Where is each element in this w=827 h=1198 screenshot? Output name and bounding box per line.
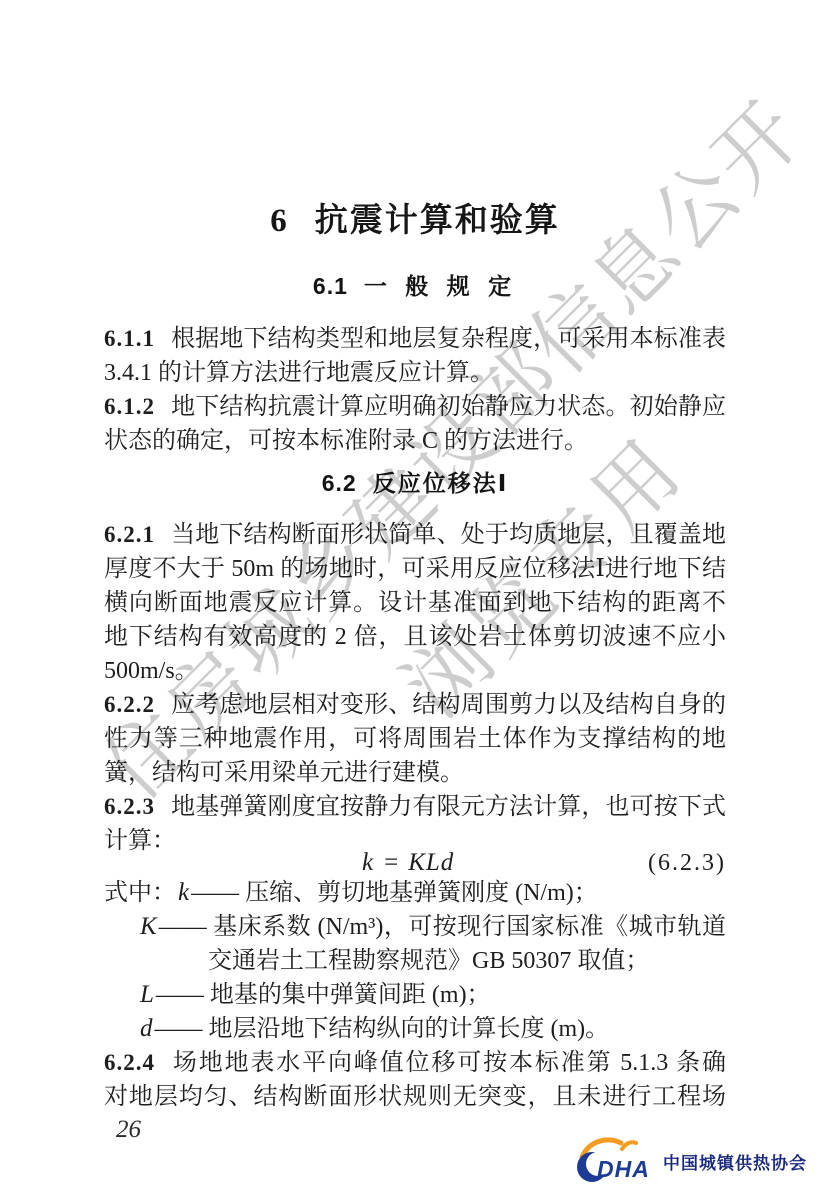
document-page: 住房城乡建设部信息公开 浏览专用 6抗震计算和验算 6.1一 般 规 定 6.1… (0, 0, 827, 1198)
definition-text: —— 基床系数 (N/m³)，可按现行国家标准《城市轨道 (159, 914, 726, 940)
clause-line: 性力等三种地震作用，可将周围岩土体作为支撑结构的地基弹 (104, 722, 726, 756)
clause-line: 6.1.1根据地下结构类型和地层复杂程度，可采用本标准表 (104, 322, 726, 356)
svg-text:DHA: DHA (597, 1156, 650, 1182)
page-number: 26 (116, 1116, 141, 1144)
clause-line: 500m/s。 (104, 654, 726, 688)
symbol-k: k (176, 879, 191, 906)
formula-rhs: KLd (408, 849, 454, 876)
formula-label: (6.2.3) (648, 846, 726, 880)
definition-d: d—— 地层沿地下结构纵向的计算长度 (m)。 (104, 1012, 726, 1046)
definition-text: 交通岩土工程勘察规范》GB 50307 取值； (208, 948, 649, 974)
symbol-definitions: 式中：k—— 压缩、剪切地基弹簧刚度 (N/m)； K—— 基床系数 (N/m³… (104, 876, 726, 1046)
section-number: 6.2 (322, 470, 357, 496)
equals-sign: = (374, 849, 408, 876)
clause-line: 6.2.3地基弹簧刚度宜按静力有限元方法计算，也可按下式 (104, 790, 726, 824)
definition-text: —— 地基的集中弹簧间距 (m)； (156, 982, 491, 1008)
where-label: 式中： (104, 880, 176, 906)
clause-line: 簧，结构可采用梁单元进行建模。 (104, 756, 726, 790)
chapter-number: 6 (270, 203, 289, 239)
symbol-L: L (138, 981, 156, 1008)
clause-text: 当地下结构断面形状简单、处于均质地层，且覆盖地层 (104, 522, 726, 552)
symbol-d: d (138, 1015, 155, 1042)
chapter-title: 抗震计算和验算 (315, 203, 560, 239)
association-logo: DHA 中国城镇供热协会 (575, 1136, 807, 1186)
symbol-K: K (138, 913, 159, 940)
clause-number: 6.1.2 (104, 394, 155, 419)
clause-number: 6.2.3 (104, 794, 155, 819)
section-heading-61: 6.1一 般 规 定 (104, 272, 726, 300)
section-title: 一 般 规 定 (364, 273, 517, 299)
definition-K-continued: 交通岩土工程勘察规范》GB 50307 取值； (104, 944, 726, 978)
section-title: 反应位移法Ⅰ (373, 470, 509, 496)
clause-line: 6.2.1当地下结构断面形状简单、处于均质地层，且覆盖地层 (104, 518, 726, 552)
clause-621: 6.2.1当地下结构断面形状简单、处于均质地层，且覆盖地层 厚度不大于 50m … (104, 518, 726, 688)
clause-line: 横向断面地震反应计算。设计基准面到地下结构的距离不应小于 (104, 586, 726, 620)
clause-text: 应考虑地层相对变形、结构周围剪力以及结构自身的惯 (104, 692, 726, 722)
clause-line: 状态的确定，可按本标准附录 C 的方法进行。 (104, 424, 726, 458)
clause-number: 6.1.1 (104, 326, 155, 351)
section-heading-62: 6.2反应位移法Ⅰ (104, 469, 726, 497)
clause-612: 6.1.2地下结构抗震计算应明确初始静应力状态。初始静应力 状态的确定，可按本标… (104, 390, 726, 458)
cdha-logo-icon: DHA (575, 1136, 659, 1186)
clause-number: 6.2.4 (104, 1050, 155, 1075)
clause-line: 6.2.4场地地表水平向峰值位移可按本标准第 5.1.3 条确定。 (104, 1046, 726, 1080)
page-content: 6抗震计算和验算 6.1一 般 规 定 6.1.1根据地下结构类型和地层复杂程度… (104, 0, 726, 1198)
clause-line: 地下结构有效高度的 2 倍，且该处岩土体剪切波速不应小于 (104, 620, 726, 654)
clause-text: 场地地表水平向峰值位移可按本标准第 5.1.3 条确定。 (104, 1050, 726, 1080)
clause-text: 地基弹簧刚度宜按静力有限元方法计算，也可按下式 (171, 794, 726, 820)
formula-lhs: k (362, 849, 374, 876)
section-number: 6.1 (313, 273, 348, 299)
clause-line: 厚度不大于 50m 的场地时，可采用反应位移法Ⅰ进行地下结构 (104, 552, 726, 586)
association-name: 中国城镇供热协会 (663, 1149, 807, 1174)
clause-number: 6.2.1 (104, 522, 155, 547)
formula-623: k=KLd (6.2.3) (104, 846, 726, 880)
clause-text: 地下结构抗震计算应明确初始静应力状态。初始静应力 (104, 394, 726, 424)
clause-text: 根据地下结构类型和地层复杂程度，可采用本标准表 (171, 326, 726, 352)
clause-number: 6.2.2 (104, 692, 155, 717)
definition-k: 式中：k—— 压缩、剪切地基弹簧刚度 (N/m)； (104, 876, 726, 910)
clause-624: 6.2.4场地地表水平向峰值位移可按本标准第 5.1.3 条确定。 对地层均匀、… (104, 1046, 726, 1114)
clause-line: 6.1.2地下结构抗震计算应明确初始静应力状态。初始静应力 (104, 390, 726, 424)
formula-expression: k=KLd (362, 846, 454, 880)
definition-L: L—— 地基的集中弹簧间距 (m)； (104, 978, 726, 1012)
clause-622: 6.2.2应考虑地层相对变形、结构周围剪力以及结构自身的惯 性力等三种地震作用，… (104, 688, 726, 790)
clause-line: 6.2.2应考虑地层相对变形、结构周围剪力以及结构自身的惯 (104, 688, 726, 722)
clause-line: 3.4.1 的计算方法进行地震反应计算。 (104, 356, 726, 390)
chapter-heading: 6抗震计算和验算 (104, 200, 726, 242)
definition-text: —— 压缩、剪切地基弹簧刚度 (N/m)； (191, 880, 598, 906)
definition-K: K—— 基床系数 (N/m³)，可按现行国家标准《城市轨道 (104, 910, 726, 944)
definition-text: —— 地层沿地下结构纵向的计算长度 (m)。 (155, 1016, 610, 1042)
clause-611: 6.1.1根据地下结构类型和地层复杂程度，可采用本标准表 3.4.1 的计算方法… (104, 322, 726, 390)
clause-line: 对地层均匀、结构断面形状规则无突变，且未进行工程场地地震 (104, 1080, 726, 1114)
